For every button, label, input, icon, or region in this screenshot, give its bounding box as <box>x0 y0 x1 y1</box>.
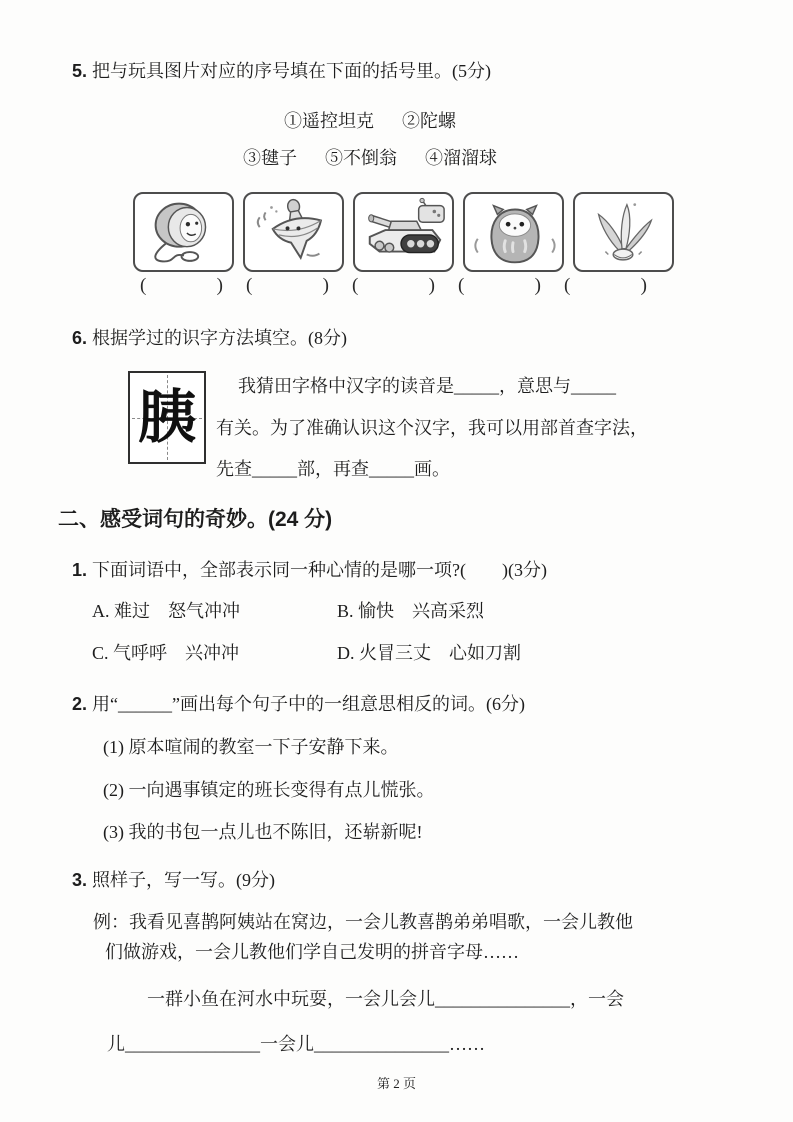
s2q2-stem-text: 用“______”画出每个句子中的一组意思相反的词。(6分) <box>92 694 525 714</box>
shuttlecock-icon <box>578 197 669 267</box>
s2q1-option-b: B. 愉快 兴高采烈 <box>337 597 484 623</box>
s2q1-option-a: A. 难过 怒气冲冲 <box>92 597 240 623</box>
paren-close: ) <box>429 275 435 297</box>
q5-label-2: ②陀螺 <box>402 107 456 133</box>
tianzige-character: 胰 <box>130 373 204 462</box>
s2q3-stem-text: 照样子，写一写。(9分) <box>92 870 275 890</box>
s2q3-number: 3. <box>72 870 87 890</box>
s2q1-stem-text: 下面词语中，全部表示同一种心情的是哪一项?( )(3分) <box>92 560 547 580</box>
spinning-top-icon <box>248 197 339 267</box>
q5-label-5: ⑤不倒翁 <box>325 144 397 170</box>
yoyo-icon <box>138 197 229 267</box>
q5-answer-parens: () () () () () <box>133 275 654 297</box>
s2q1-number: 1. <box>72 560 87 580</box>
paren-close: ) <box>535 275 541 297</box>
q6-stem-text: 根据学过的识字方法填空。(8分) <box>92 328 347 348</box>
paren-close: ) <box>323 275 329 297</box>
q6-stem: 6.根据学过的识字方法填空。(8分) <box>72 324 347 350</box>
paren-open: ( <box>246 275 252 297</box>
q5-stem: 5.把与玩具图片对应的序号填在下面的括号里。(5分) <box>72 57 491 83</box>
q5-toy-pictures <box>133 192 674 272</box>
answer-blank-4: () <box>451 275 548 297</box>
q5-number: 5. <box>72 61 87 81</box>
paren-open: ( <box>352 275 358 297</box>
q6-line-1: 我猜田字格中汉字的读音是_____，意思与_____ <box>216 372 616 398</box>
worksheet-page: 5.把与玩具图片对应的序号填在下面的括号里。(5分) ①遥控坦克 ②陀螺 ③毽子… <box>0 0 793 1122</box>
q5-stem-text: 把与玩具图片对应的序号填在下面的括号里。(5分) <box>92 61 491 81</box>
q5-labels-row2: ③毽子 ⑤不倒翁 ④溜溜球 <box>0 144 740 170</box>
toy-card-shuttlecock <box>573 192 674 272</box>
s2q2-stem: 2.用“______”画出每个句子中的一组意思相反的词。(6分) <box>72 690 525 716</box>
s2q3-example-line-1: 例：我看见喜鹊阿姨站在窝边，一会儿教喜鹊弟弟唱歌，一会儿教他 <box>93 908 633 934</box>
paren-open: ( <box>458 275 464 297</box>
page-number: 第 2 页 <box>0 1073 793 1092</box>
toy-card-yoyo <box>133 192 234 272</box>
s2q1-stem: 1.下面词语中，全部表示同一种心情的是哪一项?( )(3分) <box>72 556 547 582</box>
paren-close: ) <box>217 275 223 297</box>
answer-blank-5: () <box>557 275 654 297</box>
roly-poly-doll-icon <box>468 197 559 267</box>
q6-number: 6. <box>72 328 87 348</box>
answer-blank-1: () <box>133 275 230 297</box>
remote-control-tank-icon <box>358 197 449 267</box>
s2q3-answer-line-1: 一群小鱼在河水中玩耍，一会儿会儿_______________，一会 <box>147 985 624 1011</box>
tianzige-character-grid: 胰 <box>128 371 206 464</box>
s2q3-example-line-2: 们做游戏，一会儿教他们学自己发明的拼音字母…… <box>105 938 519 964</box>
paren-open: ( <box>140 275 146 297</box>
q6-line-3: 先查_____部，再查_____画。 <box>216 455 450 481</box>
q6-line-2: 有关。为了准确认识这个汉字，我可以用部首查字法， <box>216 414 648 440</box>
answer-blank-3: () <box>345 275 442 297</box>
q5-labels-row1: ①遥控坦克 ②陀螺 <box>0 107 740 133</box>
toy-card-rolypoly <box>463 192 564 272</box>
s2q1-option-c: C. 气呼呼 兴冲冲 <box>92 639 239 665</box>
s2q2-item-3: (3) 我的书包一点儿也不陈旧，还崭新呢! <box>103 818 422 844</box>
q5-label-1: ①遥控坦克 <box>284 107 374 133</box>
q5-label-4: ④溜溜球 <box>425 144 497 170</box>
toy-card-tank <box>353 192 454 272</box>
s2q1-option-d: D. 火冒三丈 心如刀割 <box>337 639 521 665</box>
paren-close: ) <box>641 275 647 297</box>
s2q2-item-2: (2) 一向遇事镇定的班长变得有点儿慌张。 <box>103 776 435 802</box>
s2q2-number: 2. <box>72 694 87 714</box>
paren-open: ( <box>564 275 570 297</box>
s2q3-answer-line-2: 儿_______________一会儿_______________…… <box>107 1030 485 1056</box>
s2q3-stem: 3.照样子，写一写。(9分) <box>72 866 275 892</box>
answer-blank-2: () <box>239 275 336 297</box>
s2q2-item-1: (1) 原本喧闹的教室一下子安静下来。 <box>103 733 399 759</box>
section2-heading: 二、感受词句的奇妙。(24 分) <box>58 503 332 533</box>
toy-card-top <box>243 192 344 272</box>
q5-label-3: ③毽子 <box>243 144 297 170</box>
